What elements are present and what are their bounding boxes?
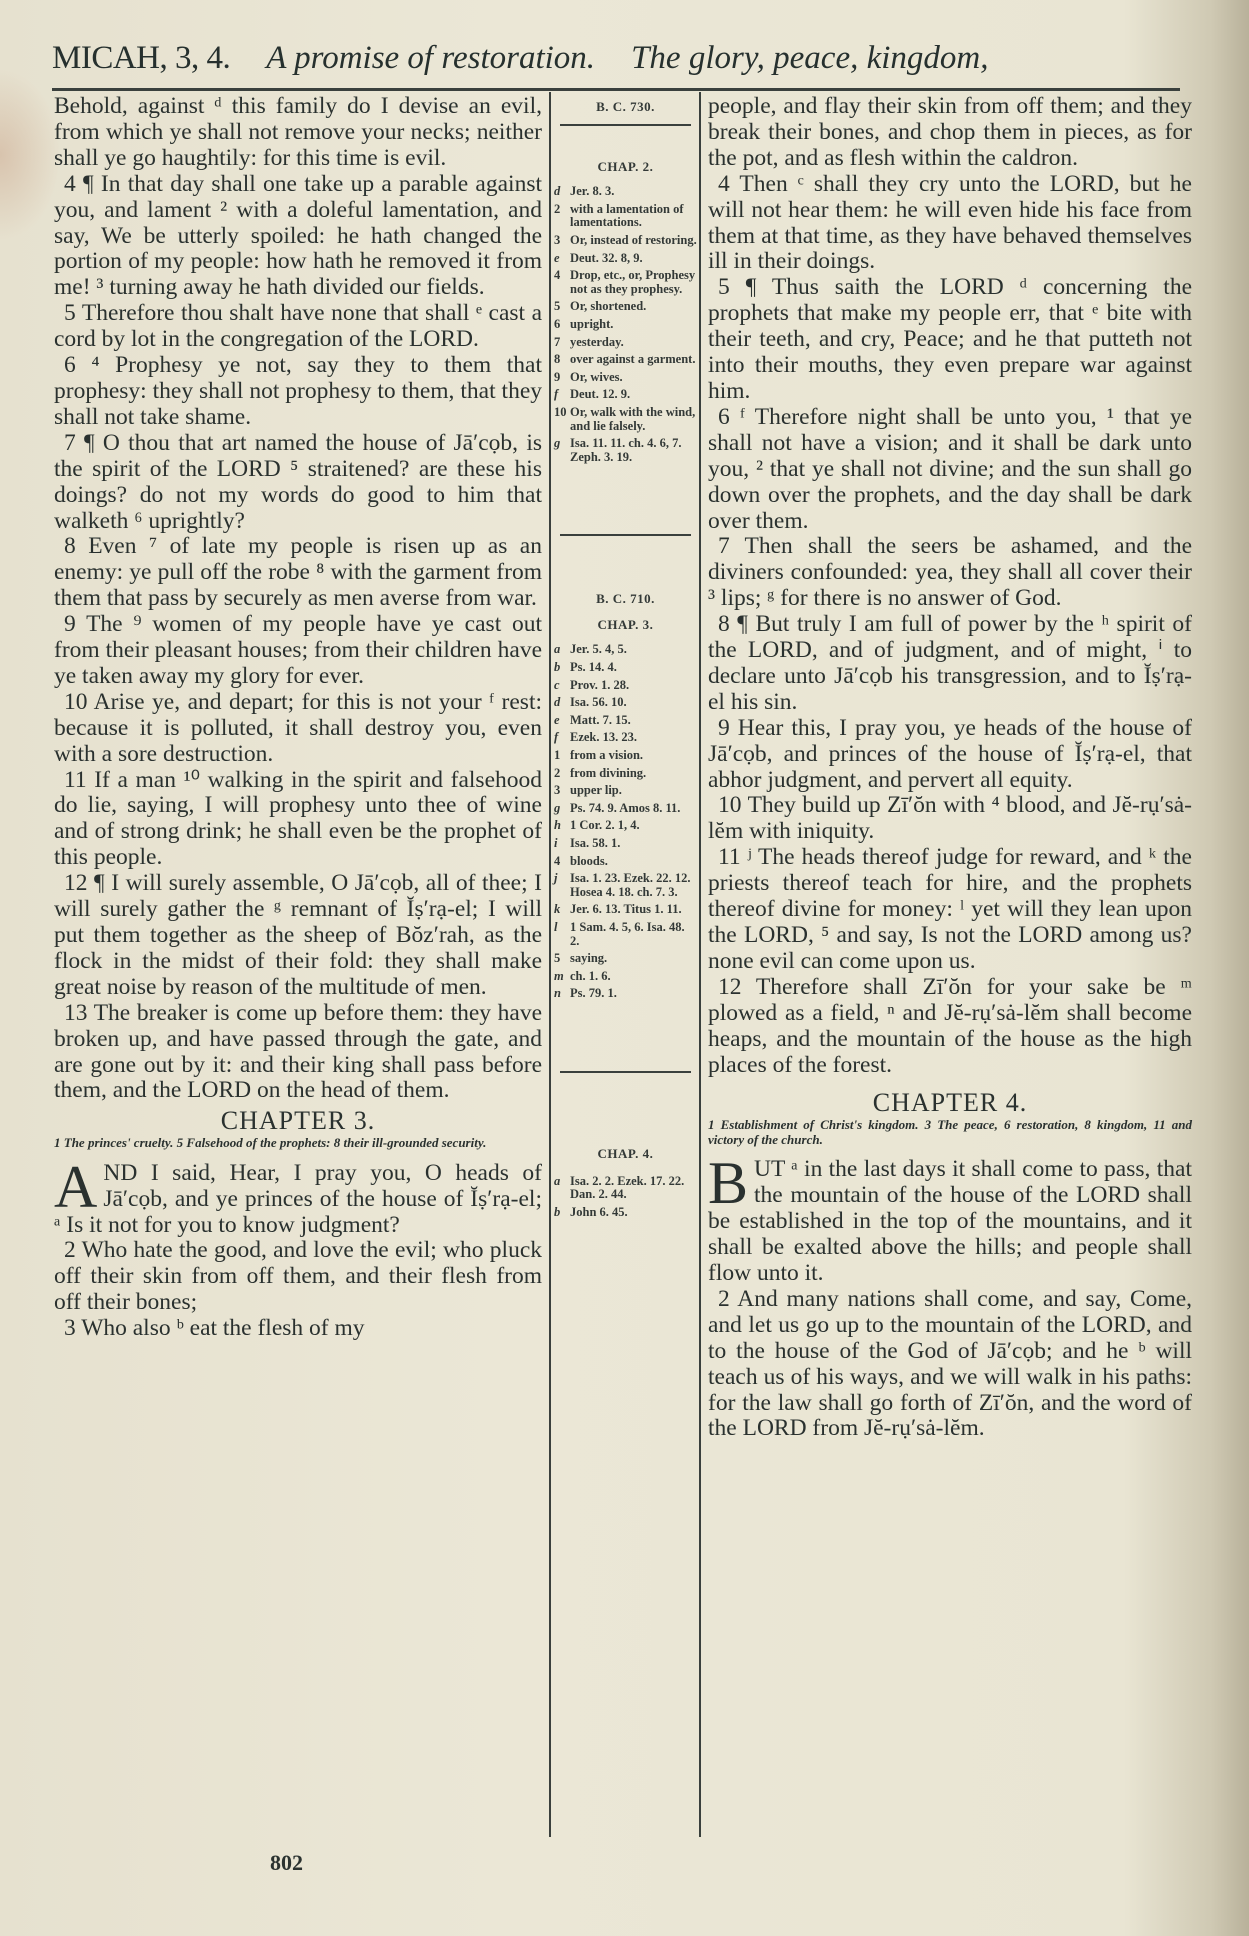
margin-note: 7yesterday. [554, 336, 697, 350]
chapter-3-verse-3: 3 Who also ᵇ eat the flesh of my [54, 1316, 542, 1342]
verse-9: 9 The ⁹ women of my people have ye cast … [54, 612, 542, 690]
right-column: people, and flay their skin from off the… [708, 94, 1192, 1442]
verse-4: 4 ¶ In that day shall one take up a para… [54, 172, 542, 302]
margin-rule [560, 534, 691, 536]
verse-1-text: UT ᵃ in the last days it shall come to p… [708, 1156, 1192, 1286]
chapter-4-title: CHAPTER 4. [708, 1090, 1192, 1116]
chapter-3-verse-1: AND I said, Hear, I pray you, O heads of… [54, 1161, 542, 1239]
margin-note: eMatt. 7. 15. [554, 714, 697, 728]
verse-11: 11 If a man ¹⁰ walking in the spirit and… [54, 768, 542, 872]
verse-4: 4 Then ᶜ shall they cry unto the LORD, b… [708, 172, 1192, 276]
margin-note: nPs. 79. 1. [554, 987, 697, 1001]
margin-note: 4Drop, etc., or, Prophesy not as they pr… [554, 269, 697, 296]
verse-11: 11 ʲ The heads thereof judge for reward,… [708, 845, 1192, 975]
running-head: MICAH, 3, 4. A promise of restoration. T… [52, 40, 1182, 90]
margin-note: 3upper lip. [554, 784, 697, 798]
margin-note: dIsa. 56. 10. [554, 696, 697, 710]
margin-note: l1 Sam. 4. 5, 6. Isa. 48. 2. [554, 921, 697, 948]
margin-note: gIsa. 11. 11. ch. 4. 6, 7. Zeph. 3. 19. [554, 437, 697, 464]
margin-note: aJer. 5. 4, 5. [554, 643, 697, 657]
bible-page: MICAH, 3, 4. A promise of restoration. T… [0, 0, 1249, 1936]
verse-5: 5 ¶ Thus saith the LORD ᵈ concerning the… [708, 275, 1192, 405]
margin-note: fDeut. 12. 9. [554, 388, 697, 402]
chap-label: CHAP. 2. [554, 160, 697, 174]
verse-5: 5 Therefore thou shalt have none that sh… [54, 301, 542, 353]
margin-note: 6upright. [554, 318, 697, 332]
margin-note: mch. 1. 6. [554, 970, 697, 984]
margin-note: kJer. 6. 13. Titus 1. 11. [554, 903, 697, 917]
verse-paragraph: people, and flay their skin from off the… [708, 94, 1192, 172]
margin-note: fEzek. 13. 23. [554, 731, 697, 745]
margin-note: 1from a vision. [554, 749, 697, 763]
era-label: B. C. 710. [554, 592, 697, 606]
margin-note: dJer. 8. 3. [554, 185, 697, 199]
margin-note: iIsa. 58. 1. [554, 837, 697, 851]
chap-label: CHAP. 4. [554, 1147, 697, 1161]
margin-note: bPs. 14. 4. [554, 661, 697, 675]
margin-rule [560, 124, 691, 126]
margin-notes-chap-3: aJer. 5. 4, 5. bPs. 14. 4. cProv. 1. 28.… [554, 643, 697, 1000]
chapter-4-summary: 1 Establishment of Christ's kingdom. 3 T… [708, 1118, 1192, 1147]
header-rule [52, 88, 1180, 91]
margin-note: 3Or, instead of restoring. [554, 234, 697, 248]
margin-notes-chap-2: dJer. 8. 3. 2with a lamentation of lamen… [554, 185, 697, 464]
chapter-3-title: CHAPTER 3. [54, 1108, 542, 1134]
margin-rule [560, 1071, 691, 1073]
verse-6: 6 ᶠ Therefore night shall be unto you, ¹… [708, 405, 1192, 535]
verse-paragraph: Behold, against ᵈ this family do I devis… [54, 94, 542, 172]
chapter-3-verse-2: 2 Who hate the good, and love the evil; … [54, 1238, 542, 1316]
chapter-4-verse-1: BUT ᵃ in the last days it shall come to … [708, 1157, 1192, 1287]
margin-note: cProv. 1. 28. [554, 679, 697, 693]
topic-left: A promise of restoration. [266, 40, 595, 77]
verse-9: 9 Hear this, I pray you, ye heads of the… [708, 716, 1192, 794]
verse-12: 12 Therefore shall Zī′ŏn for your sake b… [708, 975, 1192, 1079]
chapter-3-summary: 1 The princes' cruelty. 5 Falsehood of t… [54, 1136, 542, 1151]
topic-right: The glory, peace, kingdom, [631, 40, 988, 77]
verse-6: 6 ⁴ Prophesy ye not, say they to them th… [54, 353, 542, 431]
margin-note: 2from divining. [554, 767, 697, 781]
verse-1-text: ND I said, Hear, I pray you, O heads of … [54, 1160, 542, 1238]
drop-cap: B [708, 1159, 748, 1207]
margin-note: 4bloods. [554, 855, 697, 869]
verse-7: 7 ¶ O thou that art named the house of J… [54, 431, 542, 535]
margin-note: 5saying. [554, 952, 697, 966]
verse-12: 12 ¶ I will surely assemble, O Jā′cọb, a… [54, 871, 542, 1001]
drop-cap: A [54, 1163, 97, 1211]
page-number: 802 [270, 1850, 303, 1876]
margin-references: B. C. 730. CHAP. 2. dJer. 8. 3. 2with a … [554, 100, 697, 1223]
margin-note: aIsa. 2. 2. Ezek. 17. 22. Dan. 2. 44. [554, 1175, 697, 1202]
margin-note: jIsa. 1. 23. Ezek. 22. 12. Hosea 4. 18. … [554, 872, 697, 899]
chap-label: CHAP. 3. [554, 618, 697, 632]
verse-10: 10 They build up Zī′ŏn with ⁴ blood, and… [708, 793, 1192, 845]
margin-note: h1 Cor. 2. 1, 4. [554, 819, 697, 833]
margin-notes-chap-4: aIsa. 2. 2. Ezek. 17. 22. Dan. 2. 44. bJ… [554, 1175, 697, 1220]
margin-note: 10Or, walk with the wind, and lie falsel… [554, 406, 697, 433]
verse-10: 10 Arise ye, and depart; for this is not… [54, 690, 542, 768]
left-column: Behold, against ᵈ this family do I devis… [54, 94, 542, 1342]
column-divider-right [699, 92, 701, 1837]
margin-note: 5Or, shortened. [554, 300, 697, 314]
book-reference: MICAH, 3, 4. [52, 40, 230, 77]
verse-7: 7 Then shall the seers be ashamed, and t… [708, 534, 1192, 612]
verse-8: 8 ¶ But truly I am full of power by the … [708, 612, 1192, 716]
margin-note: gPs. 74. 9. Amos 8. 11. [554, 802, 697, 816]
margin-note: 2with a lamentation of lamentations. [554, 203, 697, 230]
margin-note: eDeut. 32. 8, 9. [554, 252, 697, 266]
margin-note: bJohn 6. 45. [554, 1206, 697, 1220]
verse-13: 13 The breaker is come up before them: t… [54, 1001, 542, 1105]
margin-note: 9Or, wives. [554, 371, 697, 385]
chapter-4-verse-2: 2 And many nations shall come, and say, … [708, 1287, 1192, 1442]
margin-note: 8over against a garment. [554, 353, 697, 367]
column-divider-left [549, 92, 551, 1837]
era-label: B. C. 730. [554, 100, 697, 114]
verse-8: 8 Even ⁷ of late my people is risen up a… [54, 534, 542, 612]
